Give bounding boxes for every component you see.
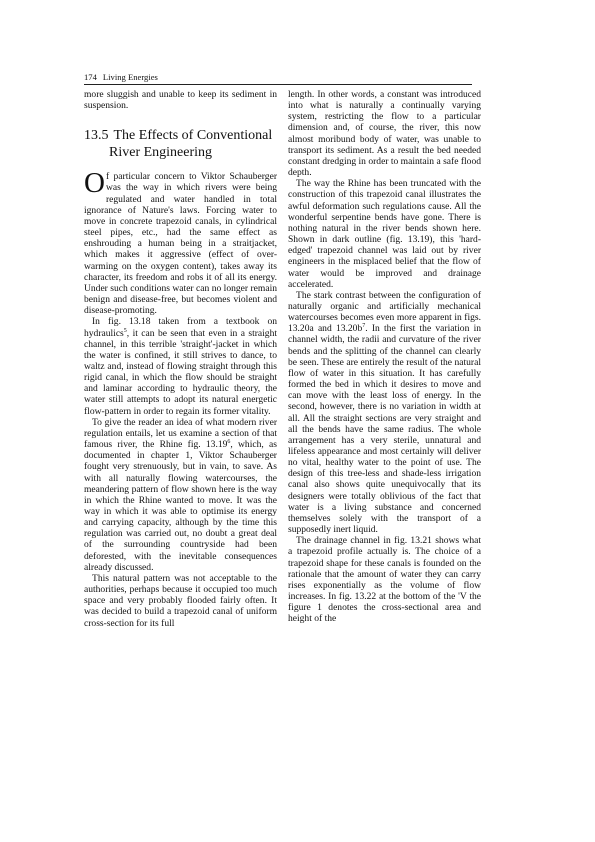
book-title: Living Energies (103, 72, 158, 82)
paragraph-text: , which, as documented in chapter 1, Vik… (84, 439, 277, 573)
paragraph-text: . In the first the variation in channel … (288, 323, 481, 535)
paragraph-text: , it can be seen that even in a straight… (84, 328, 277, 417)
paragraph-continued: length. In other words, a constant was i… (288, 89, 481, 178)
paragraph: The way the Rhine has been truncated wit… (288, 178, 481, 290)
paragraph: The stark contrast between the configura… (288, 290, 481, 535)
right-column: length. In other words, a constant was i… (288, 89, 481, 625)
paragraph: In fig. 13.18 taken from a textbook on h… (84, 316, 277, 416)
section-heading: 13.5The Effects of Conventional River En… (84, 128, 277, 161)
paragraph-continued: more sluggish and unable to keep its sed… (84, 89, 277, 111)
paragraph-intro: Of particular concern to Viktor Schauber… (84, 171, 277, 316)
paragraph: To give the reader an idea of what moder… (84, 417, 277, 573)
paragraph: This natural pattern was not acceptable … (84, 573, 277, 629)
page-number: 174 (84, 72, 97, 82)
drop-cap: O (84, 172, 105, 194)
paragraph: The drainage channel in fig. 13.21 shows… (288, 535, 481, 624)
running-head: 174Living Energies (84, 72, 472, 85)
section-number: 13.5 (84, 128, 109, 143)
left-column: more sluggish and unable to keep its sed… (84, 89, 277, 629)
section-title-line2: River Engineering (84, 145, 277, 162)
section-title-line1: The Effects of Conventional (114, 128, 273, 143)
paragraph-intro-text: f particular concern to Viktor Schauberg… (84, 171, 277, 316)
